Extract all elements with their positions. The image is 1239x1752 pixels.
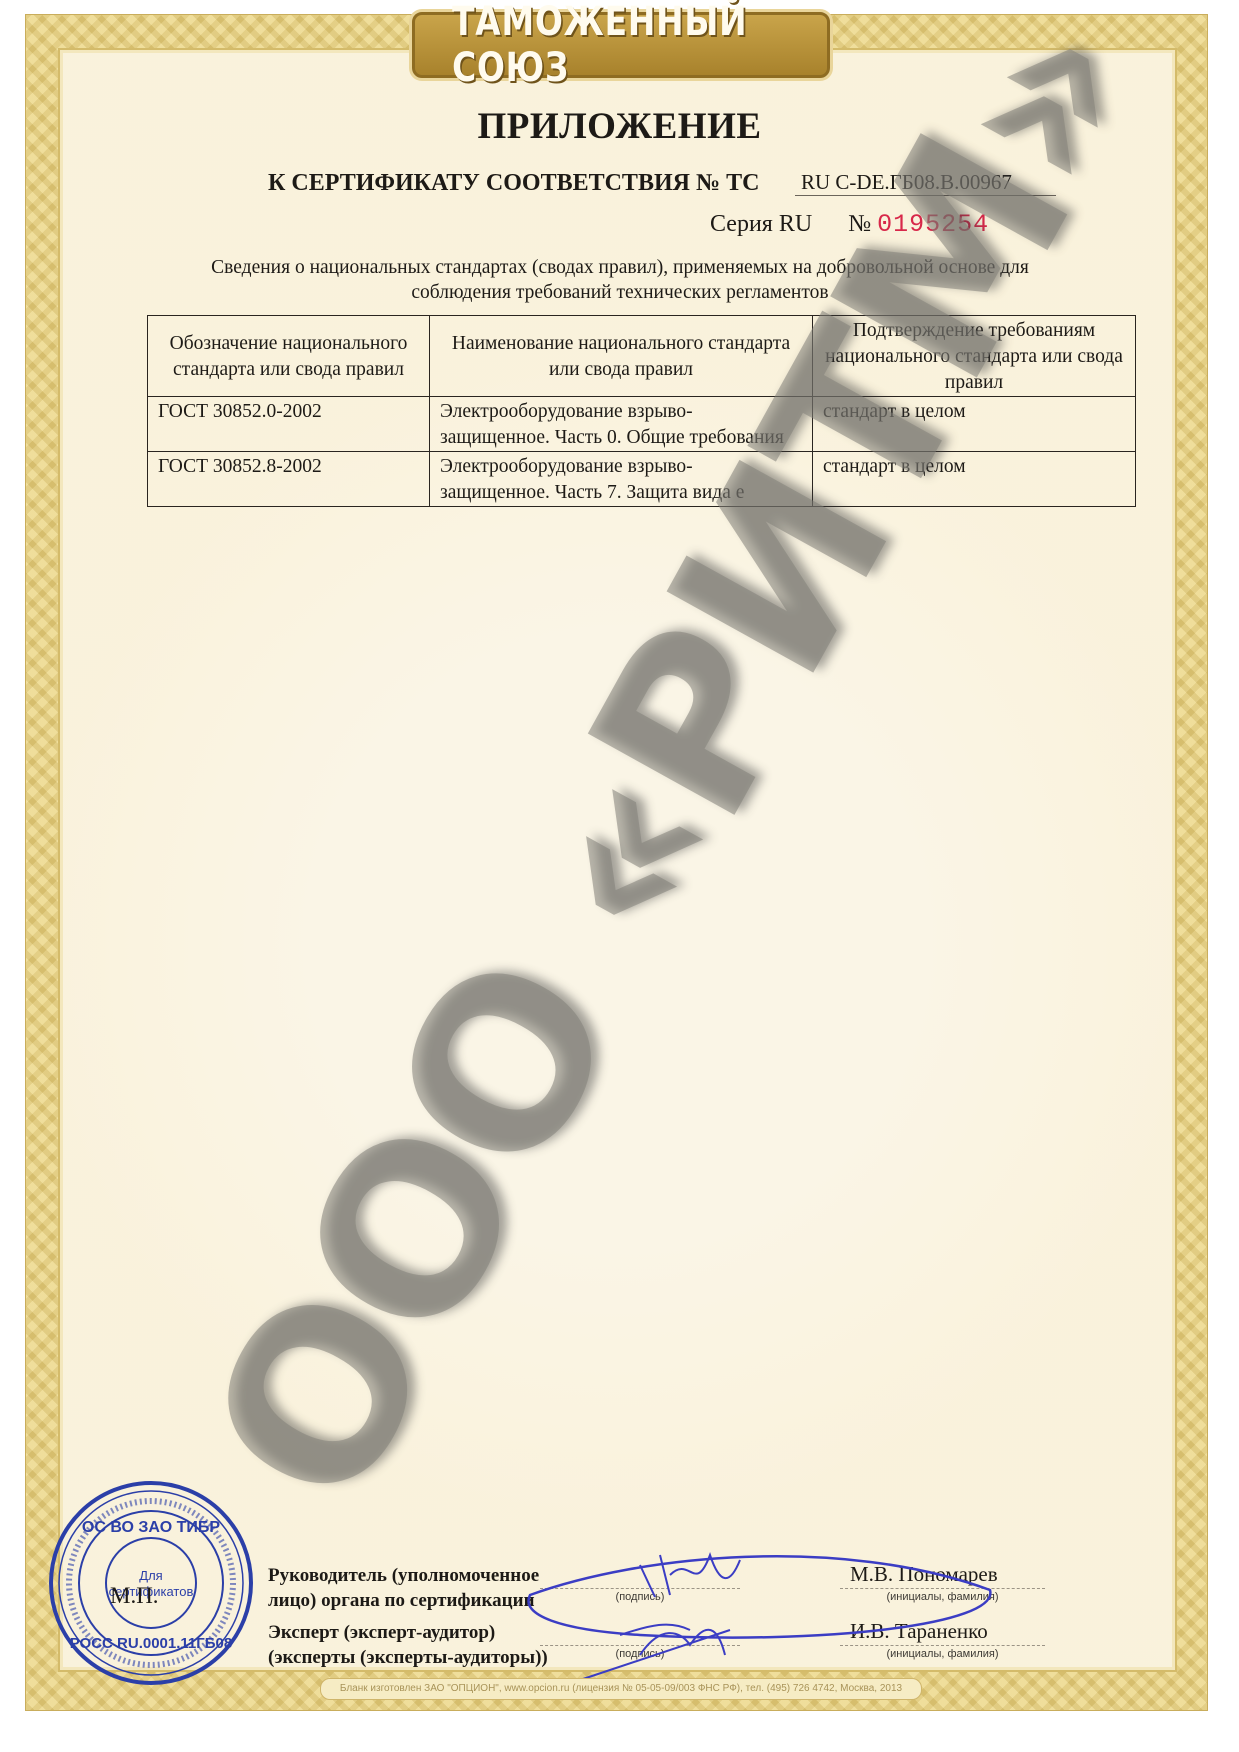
expert-label: Эксперт (эксперт-аудитор) (эксперты (экс…: [268, 1620, 548, 1670]
standards-table: Обозначение национального стандарта или …: [147, 315, 1136, 507]
footer-imprint: Бланк изготовлен ЗАО "ОПЦИОН", www.opcio…: [320, 1678, 922, 1700]
page-title: ПРИЛОЖЕНИЕ: [0, 105, 1239, 148]
cell-name: Электрооборудование взрыво-защищенное. Ч…: [430, 452, 813, 507]
badge-text: ТАМОЖЕННЫЙ СОЮЗ: [452, 0, 790, 91]
intro-line-2: соблюдения требований технических реглам…: [120, 280, 1120, 305]
expert-signature-caption: (подпись): [540, 1648, 740, 1660]
stamp-center-line-1: Для: [139, 1568, 162, 1583]
intro-text: Сведения о национальных стандартах (свод…: [120, 255, 1120, 305]
table-row: ГОСТ 30852.8-2002 Электрооборудование вз…: [148, 452, 1136, 507]
cell-code: ГОСТ 30852.0-2002: [148, 397, 430, 452]
expert-label-line-2: (эксперты (эксперты-аудиторы)): [268, 1645, 548, 1670]
series-no-label: №: [848, 211, 871, 237]
series-label: Серия RU: [710, 211, 812, 237]
expert-name: И.В. Тараненко: [850, 1619, 988, 1644]
head-label-line-1: Руководитель (уполномоченное: [268, 1563, 539, 1588]
cell-confirmation: стандарт в целом: [813, 452, 1136, 507]
stamp-registry: РОСС RU.0001.11ГБ08: [70, 1635, 233, 1652]
header-designation: Обозначение национального стандарта или …: [148, 316, 430, 397]
series-number: 0195254: [877, 210, 989, 239]
head-label: Руководитель (уполномоченное лицо) орган…: [268, 1563, 539, 1613]
intro-line-1: Сведения о национальных стандартах (свод…: [120, 255, 1120, 280]
expert-name-caption: (инициалы, фамилия): [840, 1648, 1045, 1660]
head-signature-caption: (подпись): [540, 1591, 740, 1603]
certificate-number: RU C-DE.ГБ08.В.00967: [795, 170, 1056, 196]
head-label-line-2: лицо) органа по сертификации: [268, 1588, 539, 1613]
expert-name-line: [840, 1645, 1045, 1646]
stamp-inner-ring: ОС ВО ЗАО ТИБР: [82, 1519, 221, 1536]
cell-confirmation: стандарт в целом: [813, 397, 1136, 452]
table-row: ГОСТ 30852.0-2002 Электрооборудование вз…: [148, 397, 1136, 452]
expert-label-line-1: Эксперт (эксперт-аудитор): [268, 1620, 548, 1645]
seal-place-label: М.П.: [110, 1583, 159, 1609]
head-name-line: [840, 1588, 1045, 1589]
header-name: Наименование национального стандарта или…: [430, 316, 813, 397]
series-line: Серия RU № 0195254: [710, 210, 989, 239]
header-confirmation: Подтверждение требованиям национального …: [813, 316, 1136, 397]
certificate-label: К СЕРТИФИКАТУ СООТВЕТСТВИЯ № ТС: [268, 170, 759, 197]
cell-name: Электрооборудование взрыво-защищенное. Ч…: [430, 397, 813, 452]
head-name-caption: (инициалы, фамилия): [840, 1591, 1045, 1603]
expert-signature-line: [540, 1645, 740, 1646]
table-header-row: Обозначение национального стандарта или …: [148, 316, 1136, 397]
head-signature-line: [540, 1588, 740, 1589]
cell-code: ГОСТ 30852.8-2002: [148, 452, 430, 507]
head-name: М.В. Пономарев: [850, 1562, 998, 1587]
customs-union-badge: ТАМОЖЕННЫЙ СОЮЗ: [412, 12, 830, 78]
